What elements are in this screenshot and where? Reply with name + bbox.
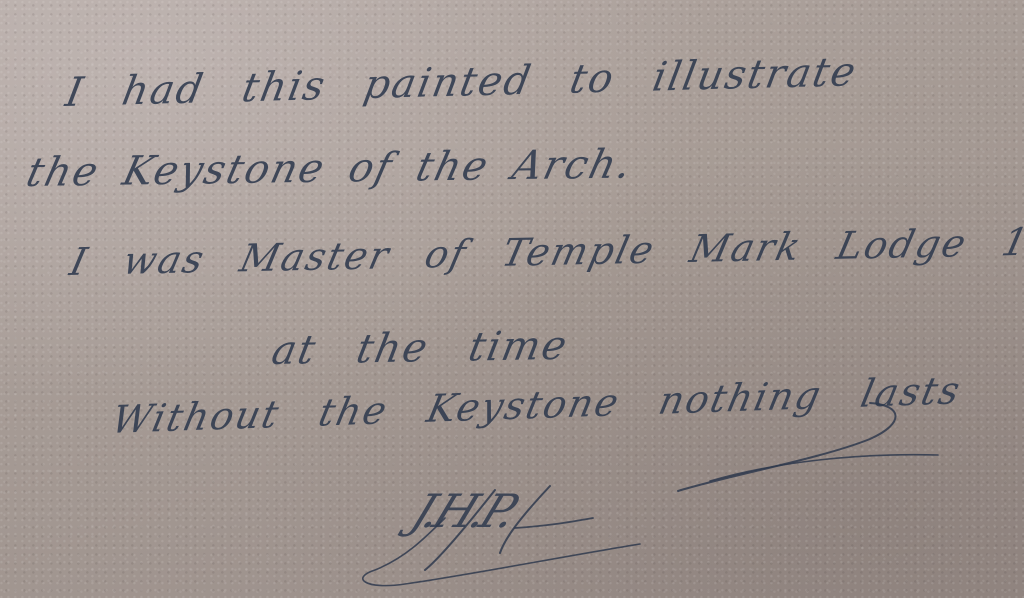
note-line-4: at the time [268,323,572,374]
note-line-3: I was Master of Temple Mark Lodge 173 [66,219,1024,284]
signature: J.H.P. [345,478,645,588]
note-line-1: I had this painted to illustrate [62,49,861,116]
note-line-2: the Keystone of the Arch. [22,141,638,196]
handwritten-board: I had this painted to illustrate the Key… [0,0,1024,598]
note-line-5: Without the Keystone nothing lasts [108,368,965,442]
